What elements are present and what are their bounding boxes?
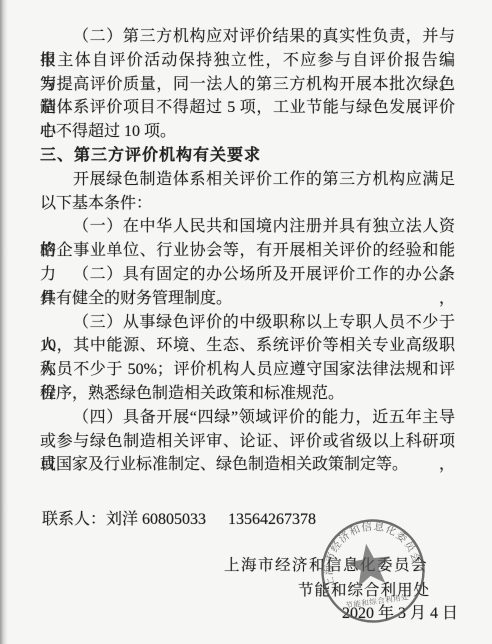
body-line: 或国家及行业标准制定、绿色制造相关政策制定等。 bbox=[40, 453, 455, 477]
body-line: 人，其中能源、环境、生态、系统评价等相关专业高级职称 bbox=[40, 334, 455, 358]
body-line: 为提高评价质量，同一法人的第三方机构开展本批次绿色制 bbox=[40, 73, 455, 97]
body-line: 开展绿色制造体系相关评价工作的第三方机构应满足 bbox=[40, 168, 455, 192]
document-page: （二）第三方机构应对评价结果的真实性负责，并与申 报主体自评价活动保持独立性，不… bbox=[0, 0, 492, 644]
contact-info: 联系人：刘洋 60805033 bbox=[42, 511, 206, 528]
contact-line: 联系人：刘洋 6080503313564267378 bbox=[42, 508, 316, 532]
body-line: 造体系评价项目不得超过 5 项，工业节能与绿色发展评价中 bbox=[40, 96, 455, 120]
scan-edge-shadow bbox=[0, 0, 8, 644]
signoff-organization: 上海市经济和信息化委员会 bbox=[224, 553, 428, 575]
body-line: 报主体自评价活动保持独立性，不应参与自评价报告编写。 bbox=[40, 49, 455, 73]
document-body: （二）第三方机构应对评价结果的真实性负责，并与申 报主体自评价活动保持独立性，不… bbox=[40, 25, 455, 477]
body-line: （四）具备开展“四绿”领域评价的能力，近五年主导 bbox=[40, 406, 455, 430]
signoff-department: 节能和综合利用处 bbox=[298, 578, 430, 600]
body-line: （三）从事绿色评价的中级职称以上专职人员不少于 10 bbox=[40, 311, 455, 335]
body-line: 以下基本条件： bbox=[40, 192, 455, 216]
body-line: （一）在中华人民共和国境内注册并具有独立法人资格 bbox=[40, 215, 455, 239]
signoff-date: 2020 年 3 月 4 日 bbox=[342, 600, 458, 623]
section-heading: 三、第三方评价机构有关要求 bbox=[40, 144, 455, 168]
body-line: 或参与绿色制造相关评审、论证、评价或省级以上科研项目， bbox=[40, 430, 455, 454]
body-line: 程序，熟悉绿色制造相关政策和标准规范。 bbox=[40, 382, 455, 406]
body-line: 的企事业单位、行业协会等，有开展相关评价的经验和能力。 bbox=[40, 239, 455, 263]
contact-mobile: 13564267378 bbox=[228, 511, 316, 528]
body-line: 人员不少于 50%；评价机构人员应遵守国家法律法规和评价 bbox=[40, 358, 455, 382]
body-line: 心不得超过 10 项。 bbox=[40, 120, 455, 144]
body-line: （二）第三方机构应对评价结果的真实性负责，并与申 bbox=[40, 25, 455, 49]
body-line: （二）具有固定的办公场所及开展评价工作的办公条件， bbox=[40, 263, 455, 287]
